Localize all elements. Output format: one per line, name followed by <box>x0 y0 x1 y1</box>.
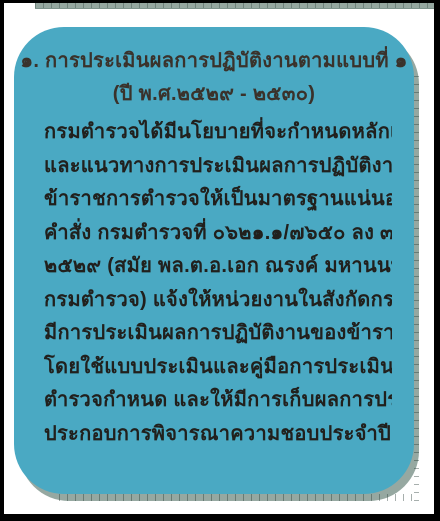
body-line: กรมตำรวจได้มีนโยบายที่จะกำหนดหลักเกณฑ์วิ… <box>44 116 392 150</box>
card-title-line-2: (ปี พ.ศ.๒๕๒๙ - ๒๕๓๐) <box>14 78 414 111</box>
body-line: ประกอบการพิจารณาความชอบประจำปี <box>44 418 392 452</box>
body-line: ตำรวจกำหนด และให้มีการเก็บผลการประเมินไว… <box>44 384 392 418</box>
body-line: ๒๕๒๙ (สมัย พล.ต.อ.เอก ณรงค์ มหานนท์ เป็น… <box>44 250 392 284</box>
slide-frame: ๑. การประเมินผลการปฏิบัติงานตามแบบที่ ๑ … <box>0 0 440 521</box>
body-line: ข้าราชการตำรวจให้เป็นมาตรฐานแน่นอนชัดเจน… <box>44 183 392 217</box>
body-line: และแนวทางการประเมินผลการปฏิบัติงานของ <box>44 150 392 184</box>
body-line: กรมตำรวจ) แจ้งให้หน่วยงานในสังกัดกรมตำรว… <box>44 284 392 318</box>
shadow-hatch-bottom <box>59 494 419 501</box>
body-line: โดยใช้แบบประเมินและคู่มือการประเมินผลที่… <box>44 351 392 385</box>
card-title: ๑. การประเมินผลการปฏิบัติงานตามแบบที่ ๑ … <box>14 27 414 111</box>
slide-page: ๑. การประเมินผลการปฏิบัติงานตามแบบที่ ๑ … <box>4 3 434 514</box>
shadow-hatch-right <box>414 72 419 501</box>
card-title-line-1: ๑. การประเมินผลการปฏิบัติงานตามแบบที่ ๑ <box>14 45 414 78</box>
body-line: มีการประเมินผลการปฏิบัติงานของข้าราชการต… <box>44 317 392 351</box>
card-body: กรมตำรวจได้มีนโยบายที่จะกำหนดหลักเกณฑ์วิ… <box>14 116 414 451</box>
body-line: คำสั่ง กรมตำรวจที่ ๐๖๒๑.๑/๗๖๕๐ ลง ๓๑ ก.ค… <box>44 217 392 251</box>
cropped-shape-edge <box>35 3 434 9</box>
content-card: ๑. การประเมินผลการปฏิบัติงานตามแบบที่ ๑ … <box>14 27 414 494</box>
